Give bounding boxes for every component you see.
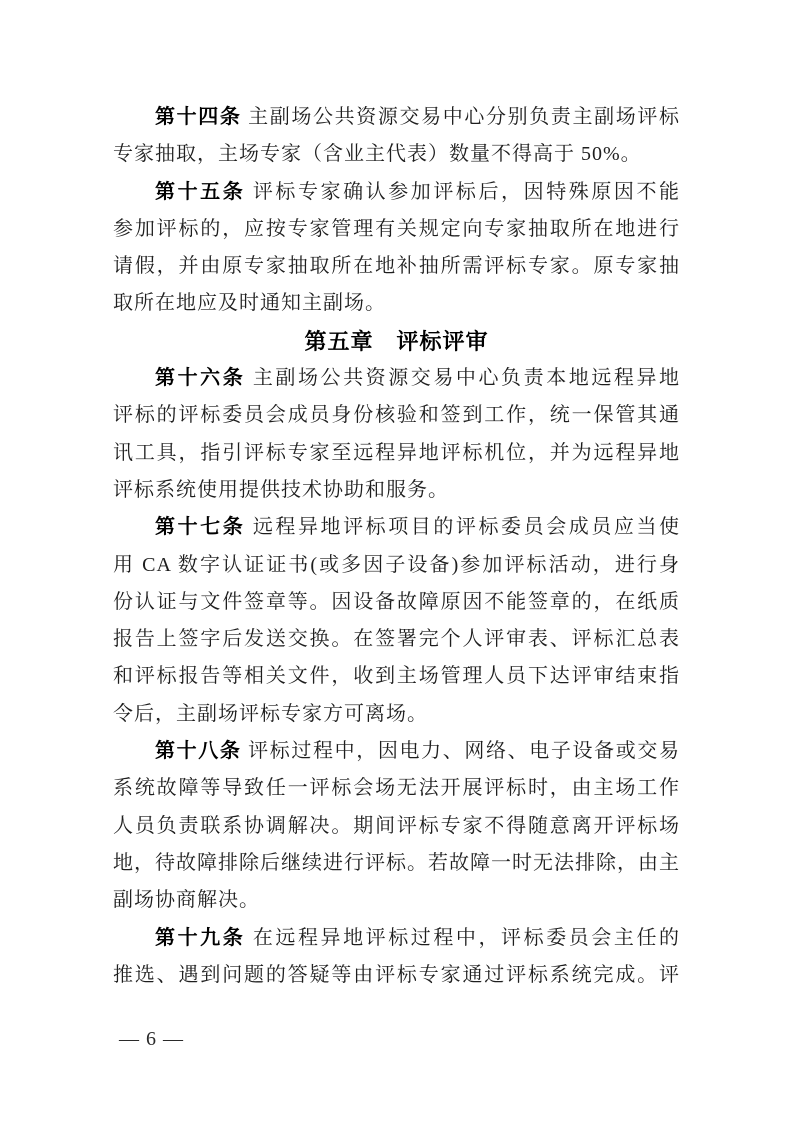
text-line: 报告上签字后发送交换。在签署完个人评审表、评标汇总表 [113, 621, 680, 658]
text-line-content: 在远程异地评标过程中，评标委员会主任的 [253, 927, 680, 949]
text-line: 讯工具，指引评标专家至远程异地评标机位，并为远程异地 [113, 435, 680, 472]
text-line-content: 评标专家确认参加评标后，因特殊原因不能 [253, 181, 680, 203]
article-14: 第十四条 主副场公共资源交易中心分别负责主副场评标 专家抽取，主场专家（含业主代… [113, 99, 680, 174]
text-line: 令后，主副场评标专家方可离场。 [113, 696, 680, 733]
text-line: 份认证与文件签章等。因设备故障原因不能签章的，在纸质 [113, 584, 680, 621]
text-line: 评标的评标委员会成员身份核验和签到工作，统一保管其通 [113, 397, 680, 434]
text-line: 评标系统使用提供技术协助和服务。 [113, 472, 680, 509]
article-number: 第十四条 [155, 106, 242, 128]
article-number: 第十七条 [155, 516, 245, 538]
article-18: 第十八条 评标过程中，因电力、网络、电子设备或交易 系统故障等导致任一评标会场无… [113, 733, 680, 919]
text-line: 地，待故障排除后继续进行评标。若故障一时无法排除，由主 [113, 845, 680, 882]
article-19: 第十九条 在远程异地评标过程中，评标委员会主任的 推选、遇到问题的答疑等由评标专… [113, 920, 680, 995]
text-line: 用 CA 数字认证证书(或多因子设备)参加评标活动，进行身 [113, 547, 680, 584]
text-line: 人员负责联系协调解决。期间评标专家不得随意离开评标场 [113, 808, 680, 845]
chapter-heading: 第五章 评标评审 [113, 323, 680, 360]
text-line: 请假，并由原专家抽取所在地补抽所需评标专家。原专家抽 [113, 248, 680, 285]
document-page: 第十四条 主副场公共资源交易中心分别负责主副场评标 专家抽取，主场专家（含业主代… [0, 0, 793, 1122]
text-line: 参加评标的，应按专家管理有关规定向专家抽取所在地进行 [113, 211, 680, 248]
text-line: 第十五条 评标专家确认参加评标后，因特殊原因不能 [113, 174, 680, 211]
text-line: 第十七条 远程异地评标项目的评标委员会成员应当使 [113, 509, 680, 546]
text-line: 第十八条 评标过程中，因电力、网络、电子设备或交易 [113, 733, 680, 770]
text-line-content: 评标过程中，因电力、网络、电子设备或交易 [248, 740, 680, 762]
text-line: 第十六条 主副场公共资源交易中心负责本地远程异地 [113, 360, 680, 397]
page-number: — 6 — [119, 1028, 184, 1051]
text-line: 专家抽取，主场专家（含业主代表）数量不得高于 50%。 [113, 136, 680, 173]
text-line: 和评标报告等相关文件，收到主场管理人员下达评审结束指 [113, 658, 680, 695]
text-line-content: 远程异地评标项目的评标委员会成员应当使 [253, 516, 680, 538]
text-line: 推选、遇到问题的答疑等由评标专家通过评标系统完成。评 [113, 957, 680, 994]
article-15: 第十五条 评标专家确认参加评标后，因特殊原因不能 参加评标的，应按专家管理有关规… [113, 174, 680, 323]
document-body: 第十四条 主副场公共资源交易中心分别负责主副场评标 专家抽取，主场专家（含业主代… [113, 99, 680, 994]
text-line-content: 主副场公共资源交易中心负责本地远程异地 [253, 367, 680, 389]
text-line: 第十九条 在远程异地评标过程中，评标委员会主任的 [113, 920, 680, 957]
article-number: 第十五条 [155, 181, 245, 203]
text-line: 副场协商解决。 [113, 882, 680, 919]
text-line: 第十四条 主副场公共资源交易中心分别负责主副场评标 [113, 99, 680, 136]
text-line: 系统故障等导致任一评标会场无法开展评标时，由主场工作 [113, 770, 680, 807]
article-16: 第十六条 主副场公共资源交易中心负责本地远程异地 评标的评标委员会成员身份核验和… [113, 360, 680, 509]
text-line: 取所在地应及时通知主副场。 [113, 285, 680, 322]
text-line-content: 主副场公共资源交易中心分别负责主副场评标 [248, 106, 680, 128]
article-number: 第十六条 [155, 367, 245, 389]
article-number: 第十九条 [155, 927, 245, 949]
article-17: 第十七条 远程异地评标项目的评标委员会成员应当使 用 CA 数字认证证书(或多因… [113, 509, 680, 733]
article-number: 第十八条 [155, 740, 242, 762]
